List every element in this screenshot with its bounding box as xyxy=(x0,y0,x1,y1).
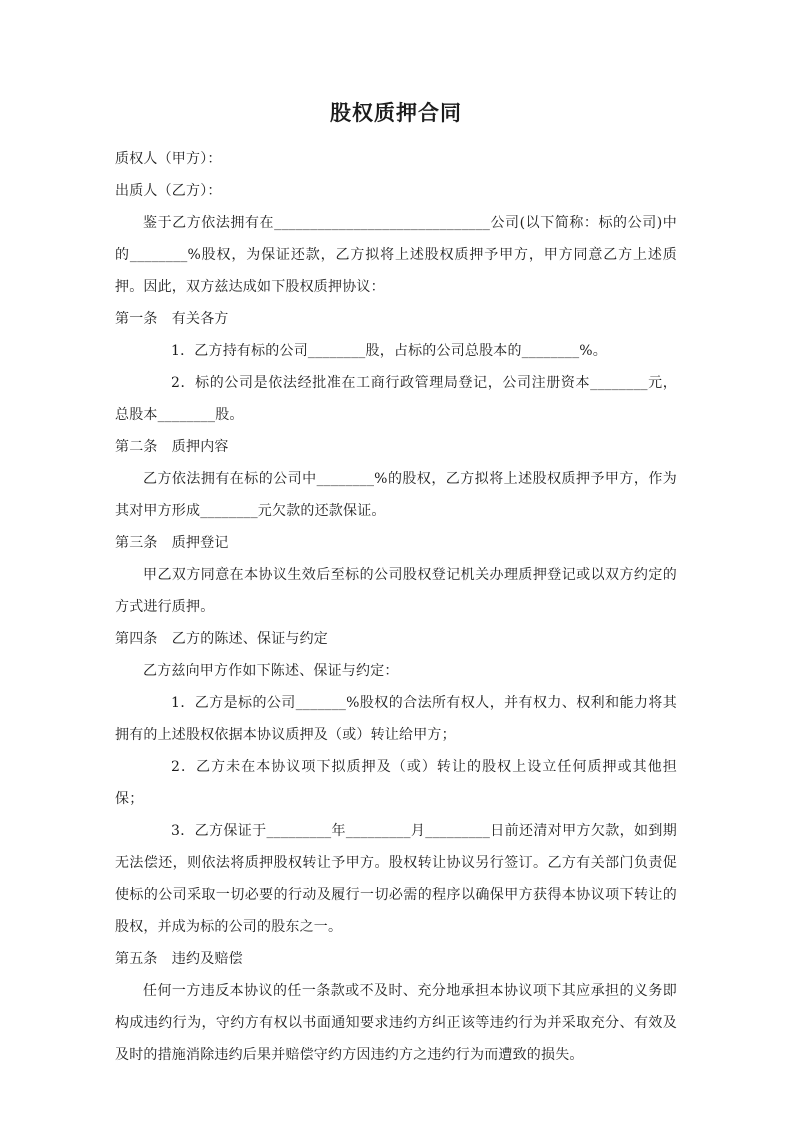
clause-2-paragraph: 乙方依法拥有在标的公司中________%的股权，乙方拟将上述股权质押予甲方，作… xyxy=(115,463,677,527)
clause-5-heading: 第五条 违约及赔偿 xyxy=(115,943,677,975)
preamble-paragraph: 鉴于乙方依法拥有在______________________________公… xyxy=(115,207,677,303)
clause-4-intro-paragraph: 乙方兹向甲方作如下陈述、保证与约定： xyxy=(115,655,677,687)
clause-4-item-3: 3．乙方保证于_________年_________月_________日前还清… xyxy=(115,815,677,943)
clause-5-paragraph: 任何一方违反本协议的任一条款或不及时、充分地承担本协议项下其应承担的义务即构成违… xyxy=(115,975,677,1071)
clause-1-item-1: 1．乙方持有标的公司________股，占标的公司总股本的________%。 xyxy=(115,335,677,367)
clause-4-item-1: 1．乙方是标的公司_______%股权的合法所有权人，并有权力、权利和能力将其拥… xyxy=(115,687,677,751)
clause-1-heading: 第一条 有关各方 xyxy=(115,303,677,335)
clause-2-heading: 第二条 质押内容 xyxy=(115,431,677,463)
contract-page: 股权质押合同 质权人（甲方）： 出质人（乙方）： 鉴于乙方依法拥有在______… xyxy=(0,0,794,1123)
clause-4-heading: 第四条 乙方的陈述、保证与约定 xyxy=(115,623,677,655)
party-line-pledgee: 质权人（甲方）： xyxy=(115,143,677,175)
clause-1-item-2: 2．标的公司是依法经批准在工商行政管理局登记，公司注册资本________元，总… xyxy=(115,367,677,431)
clause-4-item-2: 2．乙方未在本协议项下拟质押及（或）转让的股权上设立任何质押或其他担保； xyxy=(115,751,677,815)
document-title: 股权质押合同 xyxy=(115,98,677,128)
clause-3-paragraph: 甲乙双方同意在本协议生效后至标的公司股权登记机关办理质押登记或以双方约定的方式进… xyxy=(115,559,677,623)
clause-3-heading: 第三条 质押登记 xyxy=(115,527,677,559)
party-line-pledgor: 出质人（乙方）： xyxy=(115,175,677,207)
